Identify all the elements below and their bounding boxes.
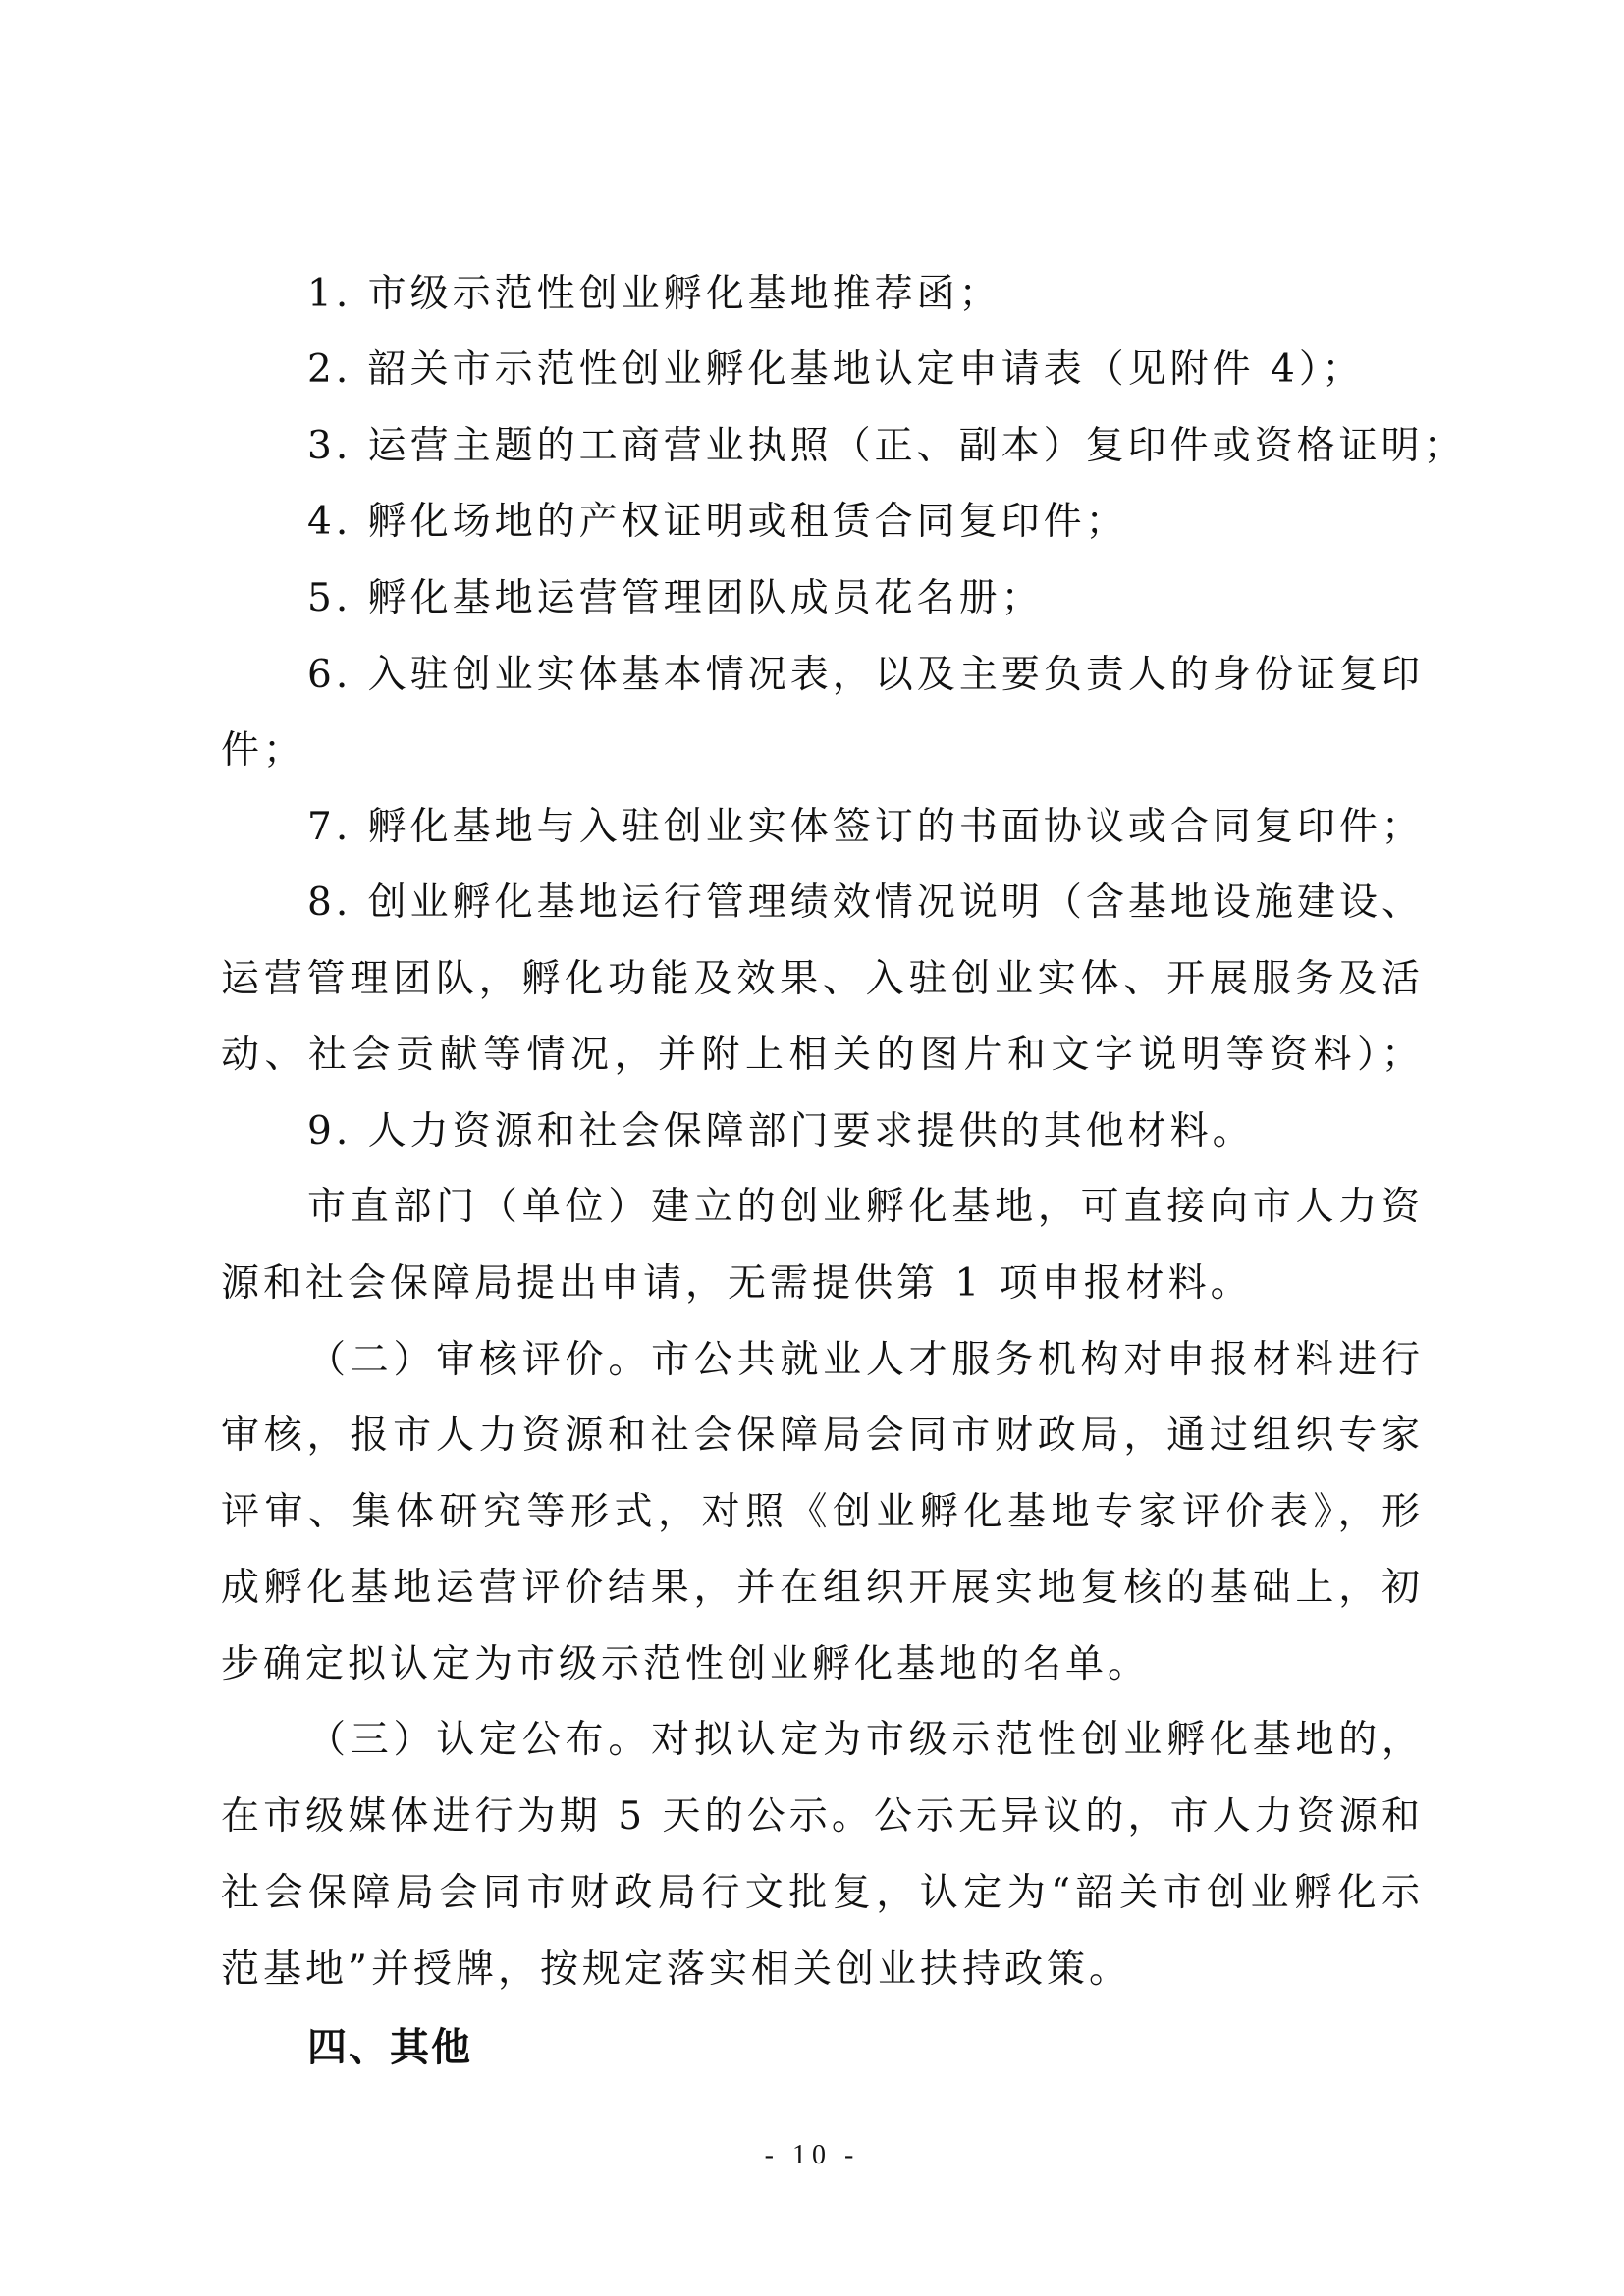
text-line: 件； [221,713,1424,789]
text-line: 8. 创业孵化基地运行管理绩效情况说明（含基地设施建设、 [307,865,1424,941]
text-line: 步确定拟认定为市级示范性创业孵化基地的名单。 [221,1627,1424,1703]
text-line: 成孵化基地运营评价结果，并在组织开展实地复核的基础上，初 [221,1550,1424,1627]
text-line: 7. 孵化基地与入驻创业实体签订的书面协议或合同复印件； [307,789,1424,866]
section-heading-other: 四、其他 [307,2009,1424,2086]
text-line: 3. 运营主题的工商营业执照（正、副本）复印件或资格证明； [307,408,1424,485]
text-line: 评审、集体研究等形式，对照《创业孵化基地专家评价表》，形 [221,1474,1424,1551]
text-line: 9. 人力资源和社会保障部门要求提供的其他材料。 [307,1094,1424,1170]
page-number: - 10 - [0,2138,1624,2173]
text-line: 范基地”并授牌，按规定落实相关创业扶持政策。 [221,1932,1424,2008]
text-line: 2. 韶关市示范性创业孵化基地认定申请表（见附件 4）； [307,332,1424,408]
text-line: 5. 孵化基地运营管理团队成员花名册； [307,561,1424,637]
text-line: 动、社会贡献等情况，并附上相关的图片和文字说明等资料）； [221,1017,1424,1094]
text-line: 社会保障局会同市财政局行文批复，认定为“韶关市创业孵化示 [221,1855,1424,1932]
text-line: 4. 孵化场地的产权证明或租赁合同复印件； [307,484,1424,561]
text-line: 运营管理团队，孵化功能及效果、入驻创业实体、开展服务及活 [221,941,1424,1018]
text-line: 源和社会保障局提出申请，无需提供第 1 项申报材料。 [221,1246,1424,1322]
text-line: 6. 入驻创业实体基本情况表，以及主要负责人的身份证复印 [307,637,1424,714]
text-line: 在市级媒体进行为期 5 天的公示。公示无异议的，市人力资源和 [221,1779,1424,1855]
text-line: 审核，报市人力资源和社会保障局会同市财政局，通过组织专家 [221,1398,1424,1474]
text-line: 1. 市级示范性创业孵化基地推荐函； [307,256,1424,333]
text-line: 市直部门（单位）建立的创业孵化基地，可直接向市人力资 [307,1169,1424,1246]
document-page: 1. 市级示范性创业孵化基地推荐函；2. 韶关市示范性创业孵化基地认定申请表（见… [0,0,1624,2296]
text-line: （三）认定公布。对拟认定为市级示范性创业孵化基地的， [307,1702,1424,1779]
text-line: （二）审核评价。市公共就业人才服务机构对申报材料进行 [307,1322,1424,1399]
